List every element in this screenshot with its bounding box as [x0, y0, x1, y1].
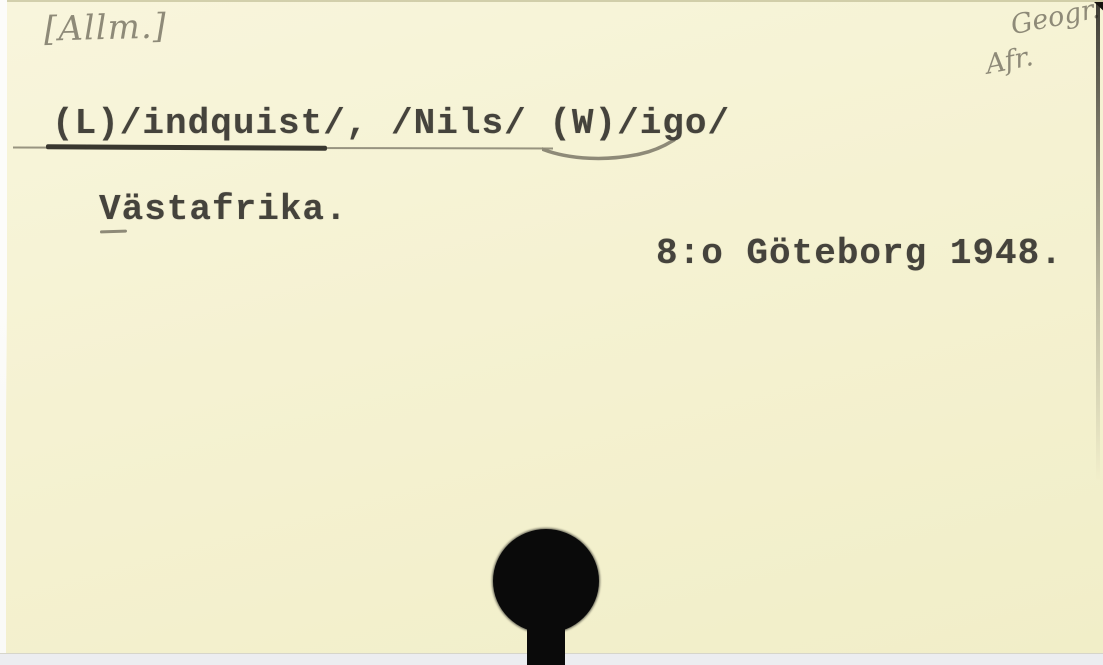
- main-entry-line: (L)/indquist/, /Nils/ (W)/igo/: [52, 103, 730, 144]
- title-pencil-mark: [100, 230, 127, 234]
- card-right-edge-shadow: [1096, 2, 1100, 482]
- scanner-edge-left: [0, 0, 7, 420]
- title-line: Västafrika.: [99, 189, 348, 230]
- handwritten-classification: [Allm.]: [43, 6, 167, 49]
- imprint-line: 8:o Göteborg 1948.: [656, 233, 1063, 274]
- heavy-underline-main-entry: [46, 144, 327, 150]
- punch-hole-stem: [527, 600, 565, 665]
- handwritten-subject-heading: Geogr. Afr.: [929, 0, 1103, 91]
- scan-background: [Allm.] Geogr. Afr. (L)/indquist/, /Nils…: [0, 0, 1103, 665]
